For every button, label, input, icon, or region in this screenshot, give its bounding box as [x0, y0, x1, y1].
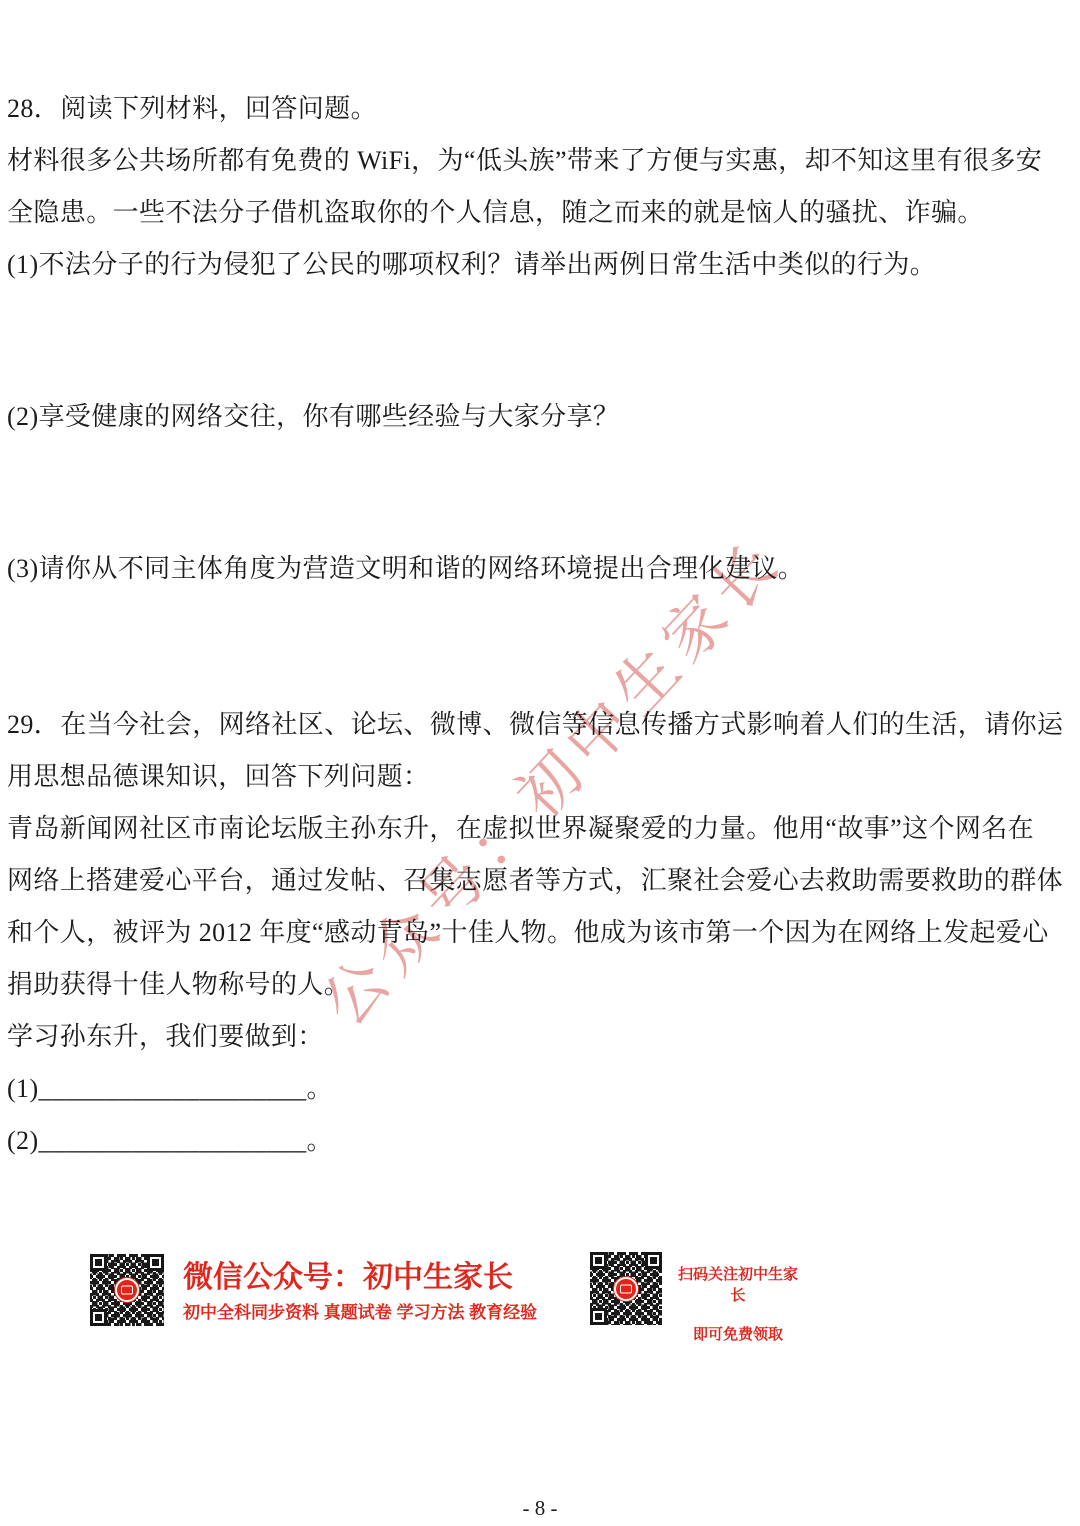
footer-account-subtitle: 初中全科同步资料 真题试卷 学习方法 教育经验: [183, 1298, 537, 1323]
q29-material-line2: 网络上搭建爱心平台，通过发帖、召集志愿者等方式，汇聚社会爱心去救助需要救助的群体: [7, 864, 1075, 898]
exam-page: 公众号：初中生家长 28．阅读下列材料，回答问题。 材料很多公共场所都有免费的 …: [0, 0, 1080, 1526]
wechat-qr-code-left: [88, 1252, 166, 1328]
q28-material-line1: 材料很多公共场所都有免费的 WiFi，为“低头族”带来了方便与实惠，却不知这里有…: [7, 144, 1075, 178]
qr-finder-icon: [645, 1252, 662, 1269]
qr-finder-icon: [590, 1252, 607, 1269]
wechat-account-logo-icon: [614, 1277, 638, 1301]
q29-answer-blank-1: (1)____________________。: [7, 1072, 1075, 1106]
q29-material-line4: 捐助获得十佳人物称号的人。: [7, 968, 1075, 1002]
page-number: - 8 -: [0, 1496, 1080, 1521]
q28-sub-question-1: (1)不法分子的行为侵犯了公民的哪项权利？请举出两例日常生活中类似的行为。: [7, 248, 1075, 282]
q29-material-line1: 青岛新闻网社区市南论坛版主孙东升，在虚拟世界凝聚爱的力量。他用“故事”这个网名在: [7, 812, 1075, 846]
footer-scan-line2: 即可免费领取: [672, 1323, 804, 1344]
q28-heading: 28．阅读下列材料，回答问题。: [7, 92, 1075, 126]
footer-scan-text: 扫码关注初中生家长 即可免费领取: [672, 1263, 804, 1344]
footer-scan-line1: 扫码关注初中生家长: [672, 1263, 804, 1305]
qr-finder-icon: [90, 1309, 107, 1326]
footer-account-title: 微信公众号：初中生家长: [183, 1252, 513, 1296]
q29-intro-line1: 29．在当今社会，网络社区、论坛、微博、微信等信息传播方式影响着人们的生活，请你…: [7, 708, 1075, 742]
q29-prompt: 学习孙东升，我们要做到：: [7, 1020, 1075, 1054]
q28-material-line2: 全隐患。一些不法分子借机盗取你的个人信息，随之而来的就是恼人的骚扰、诈骗。: [7, 196, 1075, 230]
q28-sub-question-2: (2)享受健康的网络交往，你有哪些经验与大家分享？: [7, 400, 1075, 434]
qr-finder-icon: [590, 1308, 607, 1325]
qr-finder-icon: [90, 1254, 107, 1271]
q29-intro-line2: 用思想品德课知识，回答下列问题：: [7, 760, 1075, 794]
wechat-qr-code-right: [588, 1250, 664, 1327]
q28-sub-question-3: (3)请你从不同主体角度为营造文明和谐的网络环境提出合理化建议。: [7, 552, 1075, 586]
wechat-account-logo-icon: [115, 1278, 139, 1302]
qr-finder-icon: [147, 1254, 164, 1271]
q29-answer-blank-2: (2)____________________。: [7, 1124, 1075, 1158]
q29-material-line3: 和个人，被评为 2012 年度“感动青岛”十佳人物。他成为该市第一个因为在网络上…: [7, 916, 1075, 950]
